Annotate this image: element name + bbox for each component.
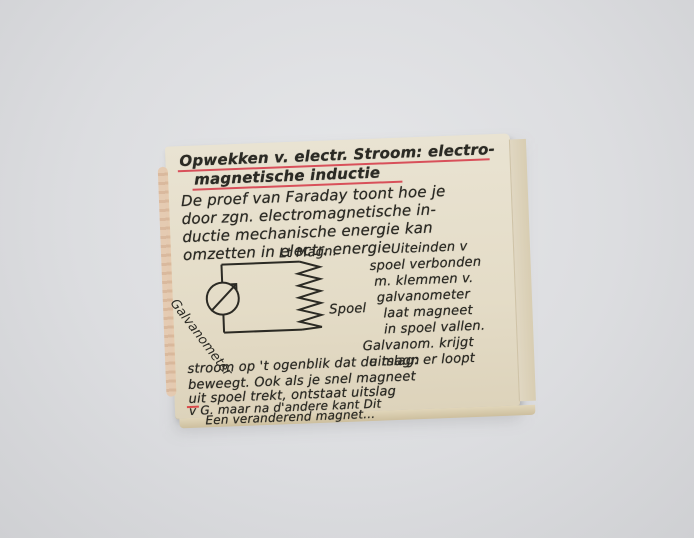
page-stack-edge	[509, 139, 536, 401]
handwritten-note: Opwekken v. electr. Stroom: electro- mag…	[165, 133, 520, 418]
magnet-label: Lt Magn.	[279, 244, 337, 261]
binding-string	[158, 167, 177, 397]
coil-label: Spoel	[329, 301, 367, 317]
right-note-line: Uiteinden v	[391, 239, 468, 257]
coil-icon	[297, 261, 322, 330]
circuit-diagram	[199, 249, 332, 344]
